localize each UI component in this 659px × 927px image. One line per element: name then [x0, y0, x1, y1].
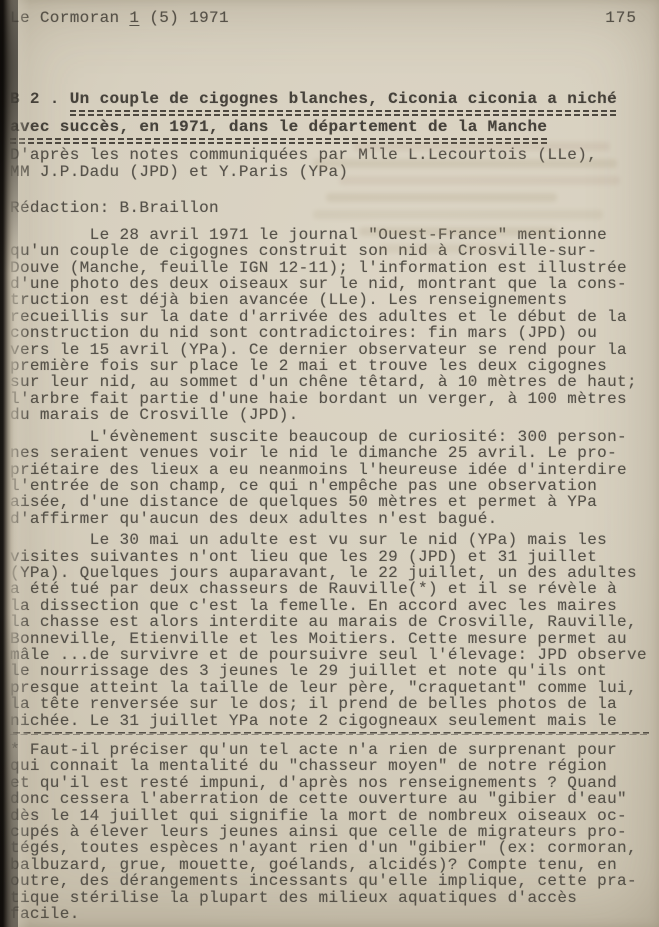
- article-title-block: B 2 . Un couple de cigognes blanches, Ci…: [10, 90, 651, 137]
- journal-volume: 1: [129, 9, 139, 27]
- editor-line: Rédaction: B.Braillon: [10, 200, 651, 216]
- page-number: 175: [605, 10, 637, 26]
- scanned-journal-page: Le Cormoran 1 (5) 1971 175 B 2 . Un coup…: [0, 0, 659, 927]
- article-title-line-2: avec succès, en 1971, dans le départemen…: [10, 118, 651, 137]
- article-title-text-2: avec succès, en 1971, dans le départemen…: [10, 118, 547, 144]
- byline: D'après les notes communiquées par Mlle …: [10, 147, 651, 181]
- paragraph-3: Le 30 mai un adulte est vu sur le nid (Y…: [10, 532, 651, 729]
- section-label: B 2 .: [10, 90, 70, 108]
- paragraph-1: Le 28 avril 1971 le journal "Ouest-Franc…: [10, 227, 651, 424]
- article-title-text-1: Un couple de cigognes blanches, Ciconia …: [70, 90, 617, 116]
- journal-reference-prefix: Le Cormoran: [10, 9, 129, 27]
- footnote-separator-line: [10, 732, 649, 735]
- journal-reference-suffix: (5) 1971: [139, 9, 229, 27]
- article-title-line-1: B 2 . Un couple de cigognes blanches, Ci…: [10, 90, 651, 109]
- footnote: * Faut-il préciser qu'un tel acte n'a ri…: [10, 742, 651, 922]
- journal-reference: Le Cormoran 1 (5) 1971: [10, 10, 229, 26]
- page-header: Le Cormoran 1 (5) 1971 175: [10, 10, 651, 26]
- paragraph-2: L'évènement suscite beaucoup de curiosit…: [10, 429, 651, 527]
